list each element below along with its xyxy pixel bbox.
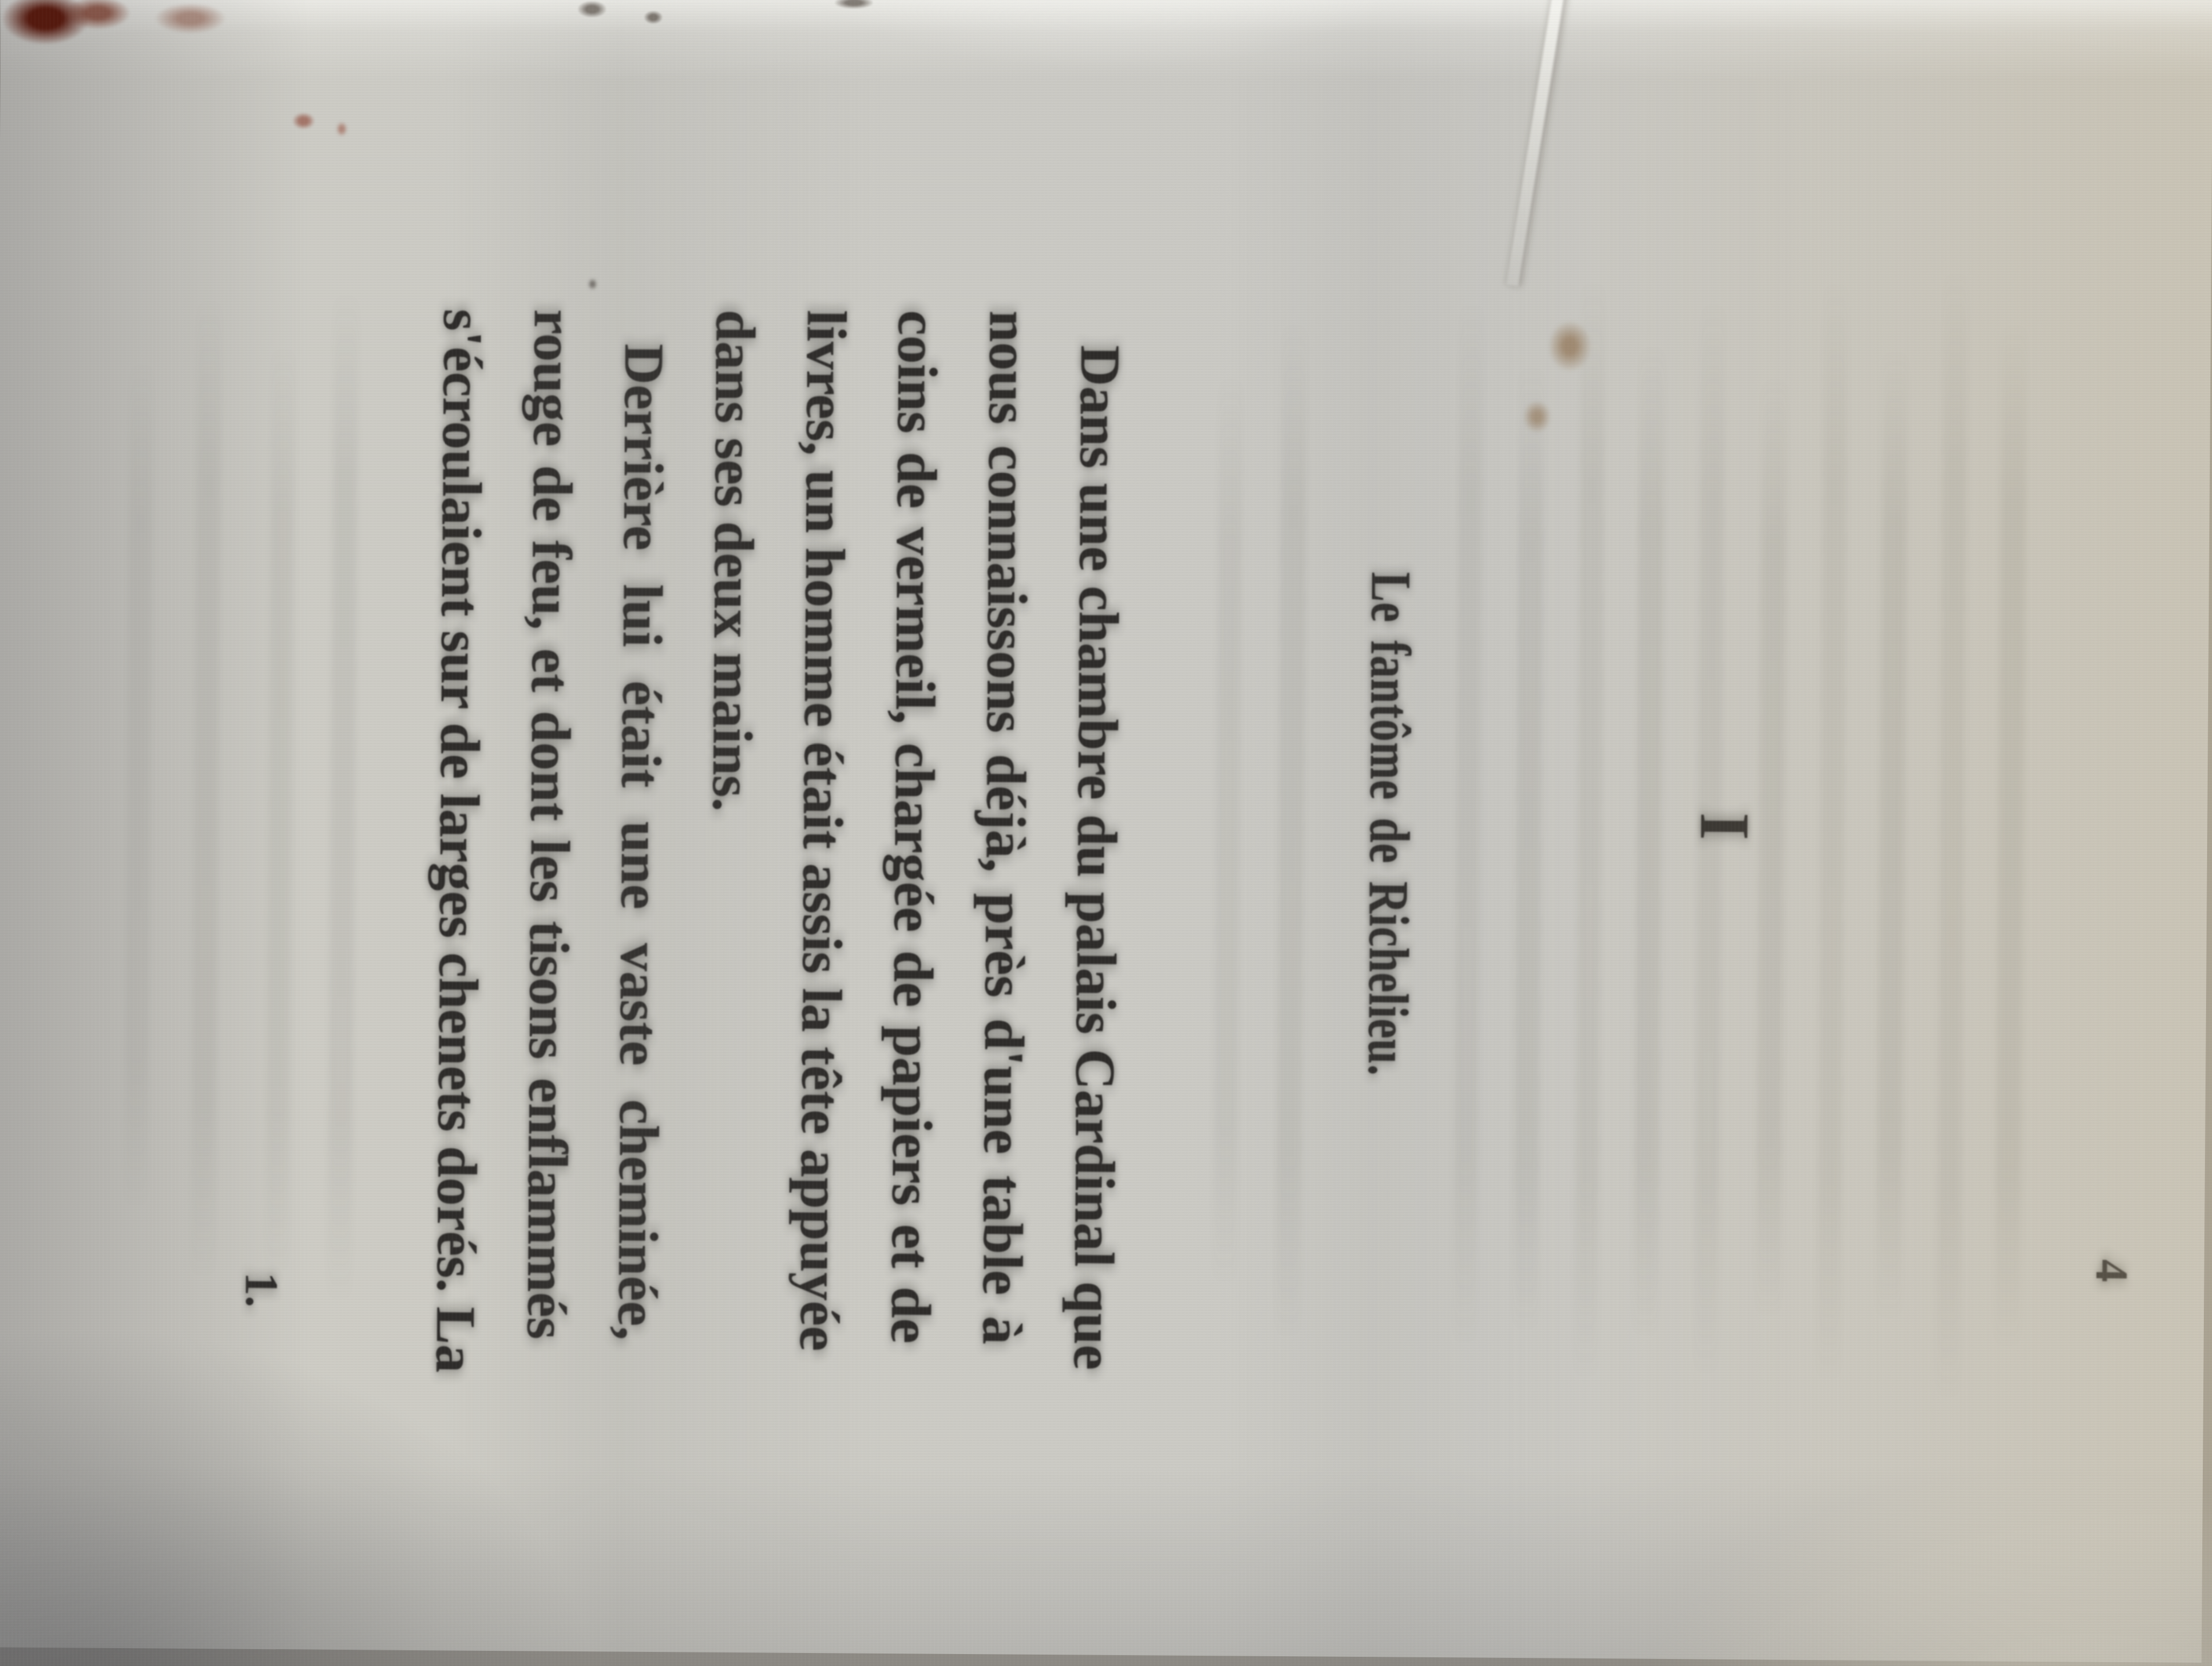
signature-mark: 1. xyxy=(238,1272,285,1308)
stain-spot xyxy=(1522,400,1552,433)
ghost-text-band xyxy=(1453,298,1484,1350)
chapter-title: Le fantôme de Richelieu. xyxy=(1356,162,1422,1486)
screenshot-root: { "page": { "folio_number": "4", "chapte… xyxy=(0,0,2212,1666)
ghost-text-band xyxy=(1276,319,1307,1343)
ghost-text-band xyxy=(1574,277,1605,1383)
text-line: s'écroulaient sur de larges chenets doré… xyxy=(410,309,508,1339)
ghost-text-band xyxy=(1817,278,1848,1386)
chapter-numeral: I xyxy=(1683,0,1766,1657)
text-line: nous connaissons déjà, près d'une table … xyxy=(956,310,1054,1345)
stain-spot xyxy=(337,122,348,136)
text-line: Dans une chambre du palais Cardinal que xyxy=(1047,311,1146,1346)
ghost-text-band xyxy=(1513,363,1545,1335)
ghost-text-band xyxy=(327,290,359,1305)
text-line: dans ses deux mains. xyxy=(683,310,781,1342)
ghost-text-band xyxy=(1936,267,1967,1404)
ghost-text-band xyxy=(1213,373,1243,1288)
text-line: rouge de feu, et dont les tisons enflamm… xyxy=(501,309,599,1340)
ghost-text-band xyxy=(266,343,295,1278)
text-line: Derrière lui était une vaste cheminée, xyxy=(591,309,690,1341)
body-text: Dans une chambre du palais Cardinal que … xyxy=(410,309,1146,1346)
ghost-text-band xyxy=(1876,348,1908,1322)
text-line: livres, un homme était assis la tête app… xyxy=(774,310,872,1343)
text-line: coins de vermeil, chargée de papiers et … xyxy=(865,310,963,1344)
page-surface: 4 I Le fantôme de Richelieu. Dans une ch… xyxy=(29,0,2212,1663)
cover-corner-mark xyxy=(65,0,130,29)
cover-corner-mark xyxy=(155,3,226,34)
ghost-text-band xyxy=(1633,342,1664,1341)
page-number: 4 xyxy=(2088,1259,2134,1283)
ghost-text-band xyxy=(124,358,153,1212)
edge-speck xyxy=(644,11,663,24)
book-page: 4 I Le fantôme de Richelieu. Dans une ch… xyxy=(0,0,2212,1663)
ghost-text-band xyxy=(1995,322,2027,1350)
edge-speck xyxy=(835,0,873,9)
ghost-text-band xyxy=(191,295,222,1283)
book-photo: 4 I Le fantôme de Richelieu. Dans une ch… xyxy=(0,0,2212,1666)
ink-speck xyxy=(588,279,597,290)
cover-corner-mark xyxy=(293,113,314,129)
stain-spot xyxy=(1547,320,1592,372)
edge-speck xyxy=(578,1,606,17)
